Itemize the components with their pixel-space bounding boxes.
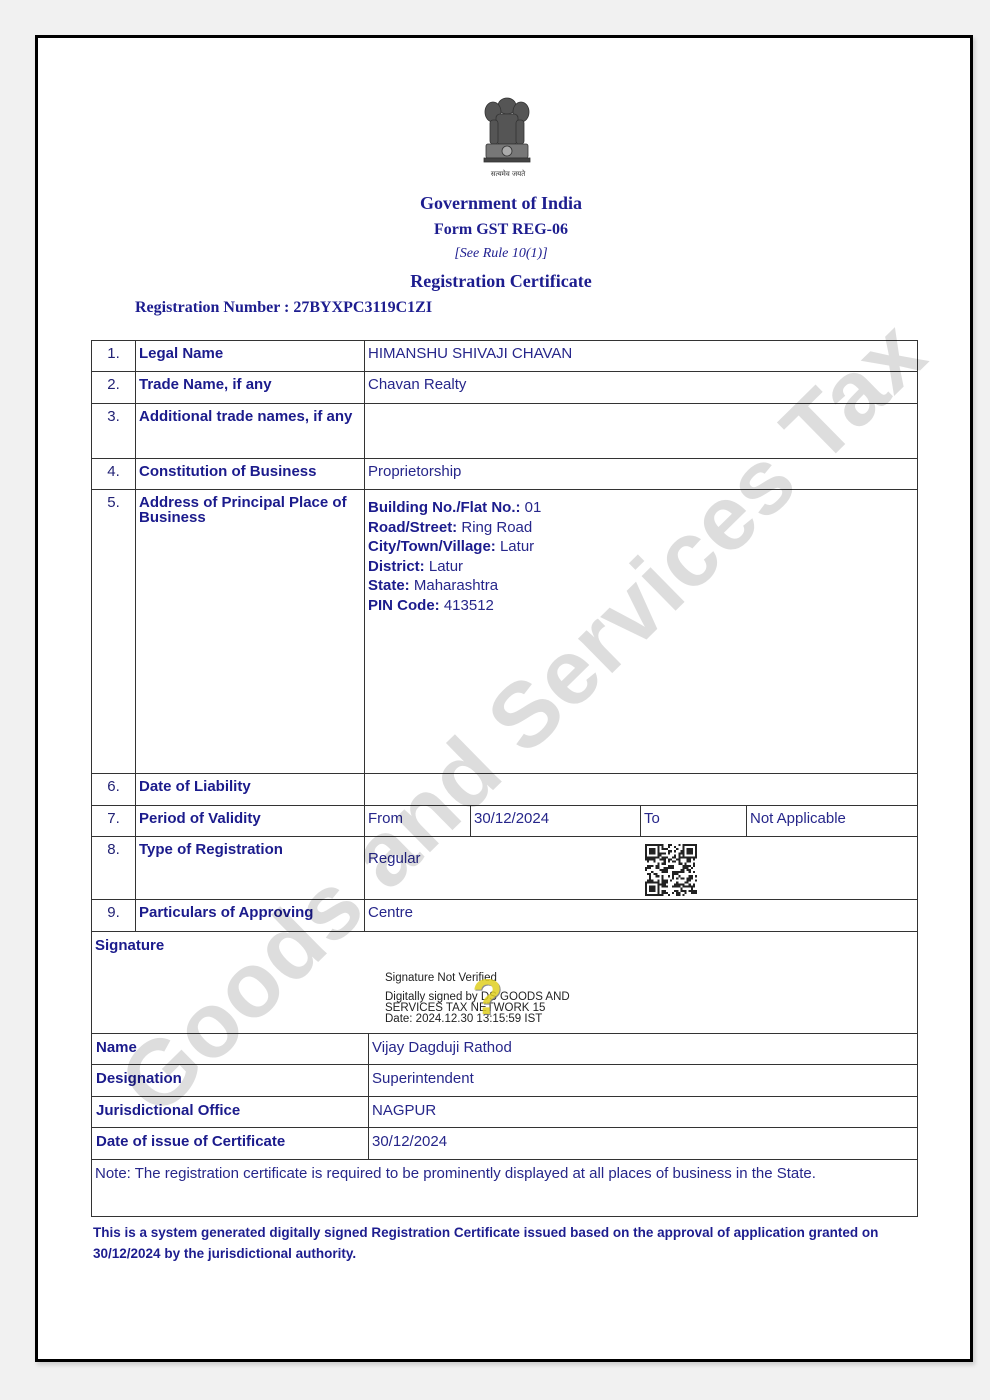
form-name: Form GST REG-06: [35, 221, 967, 239]
officer-value: NAGPUR: [368, 1097, 917, 1128]
validity-from-label: From: [364, 806, 470, 837]
row-value: [364, 404, 917, 459]
row-number: 6.: [92, 774, 135, 806]
details-table: 1. Legal Name HIMANSHU SHIVAJI CHAVAN 2.…: [91, 340, 918, 1217]
row-number: 5.: [92, 490, 135, 774]
rule-reference: [See Rule 10(1)]: [35, 246, 967, 262]
table-row: 1. Legal Name HIMANSHU SHIVAJI CHAVAN: [92, 340, 917, 372]
officer-label: Designation: [92, 1065, 368, 1096]
address-state: State: Maharashtra: [368, 576, 914, 596]
table-row: 2. Trade Name, if any Chavan Realty: [92, 371, 917, 403]
row-number: 8.: [92, 837, 135, 900]
address-pin: PIN Code: 413512: [368, 596, 914, 616]
validity-to-value: Not Applicable: [746, 806, 917, 837]
government-title: Government of India: [35, 193, 967, 214]
address-building: Building No./Flat No.: 01: [368, 498, 914, 518]
registration-number-label: Registration Number :: [135, 299, 289, 316]
officer-row-office: Jurisdictional Office NAGPUR: [92, 1096, 917, 1128]
registration-number-value: 27BYXPC3119C1ZI: [293, 299, 432, 316]
note-row: Note: The registration certificate is re…: [92, 1159, 917, 1217]
table-row: 6. Date of Liability: [92, 773, 917, 806]
footer-statement: This is a system generated digitally sig…: [93, 1222, 923, 1264]
officer-row-name: Name Vijay Dagduji Rathod: [92, 1033, 917, 1065]
row-number: 7.: [92, 806, 135, 837]
signature-label: Signature: [95, 937, 164, 954]
table-row: 4. Constitution of Business Proprietorsh…: [92, 458, 917, 490]
table-row: 3. Additional trade names, if any: [92, 403, 917, 459]
signature-row: Signature Signature Not Verified Digital…: [92, 931, 917, 1034]
row-label: Period of Validity: [135, 806, 364, 837]
address-value: Building No./Flat No.: 01 Road/Street: R…: [364, 490, 917, 774]
table-row: 5. Address of Principal Place of Busines…: [92, 489, 917, 774]
row-value: [364, 774, 917, 806]
qr-code-icon: [645, 844, 697, 896]
row-label: Date of Liability: [135, 774, 364, 806]
certificate-page: सत्यमेव जयते Government of India Form GS…: [35, 35, 973, 1362]
row-value: HIMANSHU SHIVAJI CHAVAN: [364, 341, 917, 372]
address-city: City/Town/Village: Latur: [368, 537, 914, 557]
row-value: Centre: [364, 900, 917, 932]
note-text: Note: The registration certificate is re…: [95, 1165, 816, 1182]
motto: सत्यमेव जयते: [458, 170, 558, 179]
table-row: 8. Type of Registration Regular: [92, 836, 917, 900]
table-row: 7. Period of Validity From 30/12/2024 To…: [92, 805, 917, 837]
row-number: 3.: [92, 404, 135, 459]
question-mark-icon: ?: [472, 968, 503, 1026]
row-number: 2.: [92, 372, 135, 403]
certificate-title: Registration Certificate: [35, 271, 967, 292]
address-road: Road/Street: Ring Road: [368, 518, 914, 538]
row-number: 4.: [92, 459, 135, 490]
row-label: Legal Name: [135, 341, 364, 372]
officer-label: Jurisdictional Office: [92, 1097, 368, 1128]
officer-value: Superintendent: [368, 1065, 917, 1096]
row-value: Proprietorship: [364, 459, 917, 490]
officer-label: Date of issue of Certificate: [92, 1128, 368, 1159]
row-label: Particulars of Approving: [135, 900, 364, 932]
officer-value: Vijay Dagduji Rathod: [368, 1034, 917, 1065]
row-label: Address of Principal Place of Business: [135, 490, 364, 774]
row-number: 1.: [92, 341, 135, 372]
table-row: 9. Particulars of Approving Centre: [92, 899, 917, 932]
national-emblem-icon: [476, 92, 538, 182]
row-label: Type of Registration: [135, 837, 364, 900]
row-number: 9.: [92, 900, 135, 932]
address-district: District: Latur: [368, 557, 914, 577]
row-label: Additional trade names, if any: [135, 404, 364, 459]
registration-number: Registration Number : 27BYXPC3119C1ZI: [135, 299, 432, 317]
officer-value: 30/12/2024: [368, 1128, 917, 1159]
validity-to-label: To: [640, 806, 746, 837]
officer-label: Name: [92, 1034, 368, 1065]
officer-row-designation: Designation Superintendent: [92, 1064, 917, 1096]
row-label: Constitution of Business: [135, 459, 364, 490]
row-value: Chavan Realty: [364, 372, 917, 403]
row-label: Trade Name, if any: [135, 372, 364, 403]
validity-from-date: 30/12/2024: [470, 806, 640, 837]
row-value: Regular: [364, 837, 917, 900]
officer-row-issue-date: Date of issue of Certificate 30/12/2024: [92, 1127, 917, 1159]
